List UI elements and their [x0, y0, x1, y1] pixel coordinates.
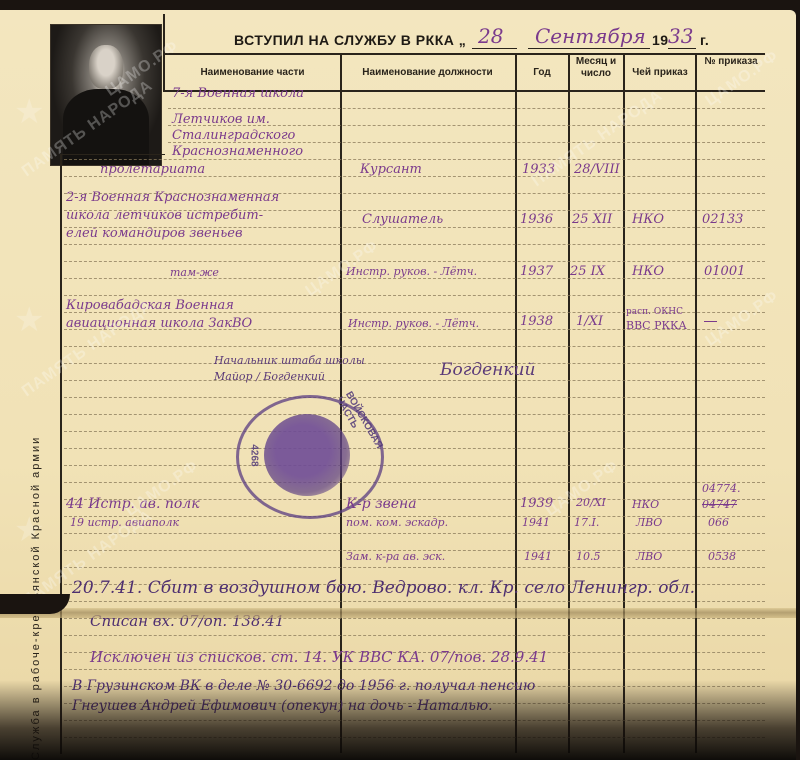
ruled-line: [64, 346, 765, 347]
entry-6-order-by: ЛВО: [636, 516, 662, 529]
entry-4-year: 1938: [520, 314, 553, 329]
note-guardian: Гнеушев Андрей Ефимович (опекун) на дочь…: [72, 698, 493, 714]
ruled-line: [64, 737, 765, 738]
entry-3-order-no: 01001: [704, 264, 745, 279]
entry-5-position: К-р звена: [346, 496, 417, 512]
ruled-line: [64, 380, 765, 381]
ruled-line: [64, 533, 765, 534]
entry-6-position: пом. ком. эскадр.: [346, 516, 448, 529]
entry-7-position: Зам. к-ра ав. эск.: [346, 550, 445, 563]
col-header-unit: Наименование части: [170, 67, 335, 79]
entry-2-order-by: НКО: [632, 212, 664, 227]
ruled-line: [64, 669, 765, 670]
entry-5-order-by: НКО: [632, 498, 659, 511]
ruled-line: [64, 448, 765, 449]
entry-2-unit-line-2: школа летчиков истребит-: [66, 208, 263, 223]
col-header-year: Год: [518, 67, 566, 79]
enlist-day: 28: [478, 24, 503, 48]
note-shot-down: 20.7.41. Сбит в воздушном бою. Ведрово. …: [72, 578, 695, 598]
entry-4-unit-line-2: авиационная школа ЗакВО: [66, 316, 252, 331]
entry-7-order-no: 0538: [708, 550, 736, 563]
signature: Богденкий: [440, 360, 535, 380]
entry-6-year: 1941: [522, 516, 550, 529]
entry-2-position: Слушатель: [362, 212, 443, 227]
entry-2-unit-line-1: 2-я Военная Краснознаменная: [66, 190, 279, 205]
signature-title: Начальник штаба школы: [214, 354, 365, 367]
ruled-line: [64, 159, 765, 160]
ruled-line: [64, 431, 765, 432]
note-excluded: Исключен из списков. ст. 14. УК ВВС КА. …: [90, 648, 548, 666]
ruled-line: [64, 601, 765, 602]
watermark-star-icon: ★: [14, 92, 44, 132]
watermark-tsamo: ЦАМО.РФ: [542, 457, 622, 520]
entry-1-position: Курсант: [360, 162, 422, 177]
entry-2-year: 1936: [520, 212, 553, 227]
ruled-line: [64, 465, 765, 466]
entry-3-year: 1937: [520, 264, 553, 279]
entry-1-unit-line-2: Летчиков им.: [172, 112, 270, 127]
entry-2-date: 25 XII: [572, 212, 612, 227]
ruled-line: [64, 397, 765, 398]
entry-2-order-no: 02133: [702, 212, 743, 227]
entry-1-unit-line-4: Краснознаменного: [172, 144, 303, 159]
entry-3-position: Инстр. руков. - Лётч.: [346, 265, 477, 278]
entry-6-date: 17.I.: [574, 516, 599, 529]
ruled-line: [64, 720, 765, 721]
year-unit: г.: [700, 32, 709, 48]
entry-2-unit-line-3: елей командиров звеньев: [66, 226, 243, 241]
ruled-line: [64, 295, 765, 296]
entry-3-order-by: НКО: [632, 264, 664, 279]
entry-3-unit: там-же: [170, 266, 219, 279]
stamp-number: 4268: [249, 444, 260, 466]
signature-name: Майор / Богденкий: [214, 370, 325, 383]
watermark-star-icon: ★: [14, 300, 44, 340]
entry-4-position: Инстр. руков. - Лётч.: [348, 317, 479, 330]
ruled-line: [168, 108, 765, 109]
ruled-line: [64, 244, 765, 245]
entry-6-order-no: 066: [708, 516, 729, 529]
enlist-month: Сентября: [535, 24, 646, 48]
col-header-date: Месяц и число: [571, 56, 621, 80]
entry-1-unit-line-3: Сталинградского: [172, 128, 295, 143]
entry-7-year: 1941: [524, 550, 552, 563]
note-pension: В Грузинском ВК в деле № 30-6692 до 1956…: [72, 678, 535, 694]
ruled-line: [64, 703, 765, 704]
entry-5-order-no: 04747: [702, 498, 737, 511]
title-text: ВСТУПИЛ НА СЛУЖБУ В РККА: [234, 32, 454, 48]
entry-4-order-by-note: расп. ОКНС: [626, 307, 683, 317]
entry-7-date: 10.5: [576, 550, 601, 563]
card-title: ВСТУПИЛ НА СЛУЖБУ В РККА „: [234, 32, 466, 48]
entry-1-unit-line-1: 7-я Военная школа: [172, 86, 304, 101]
entry-7-order-by: ЛВО: [636, 550, 662, 563]
ruled-line: [64, 414, 765, 415]
entry-1-unit-line-5: пролетариата: [100, 162, 205, 177]
service-record-card: ВСТУПИЛ НА СЛУЖБУ В РККА „ 28 Сентября 1…: [0, 10, 796, 760]
ruled-line: [64, 363, 765, 364]
ruled-line: [64, 635, 765, 636]
col-header-order-by: Чей приказ: [626, 67, 694, 79]
page-fold: [0, 608, 796, 618]
ruled-line: [64, 686, 765, 687]
col-header-position: Наименование должности: [345, 67, 510, 79]
entry-4-date: 1/XI: [576, 314, 603, 329]
year-prefix: 19: [652, 32, 669, 48]
entry-3-date: 25 IX: [570, 264, 605, 279]
entry-4-order-by: ВВС РККА: [626, 319, 687, 332]
entry-1-date: 28/VIII: [574, 162, 620, 177]
entry-5-order-no-corrected: 04774.: [702, 482, 741, 495]
enlist-year: 33: [668, 24, 693, 48]
binding-gap: [0, 594, 70, 614]
ruled-line: [64, 567, 765, 568]
ruled-line: [64, 261, 765, 262]
